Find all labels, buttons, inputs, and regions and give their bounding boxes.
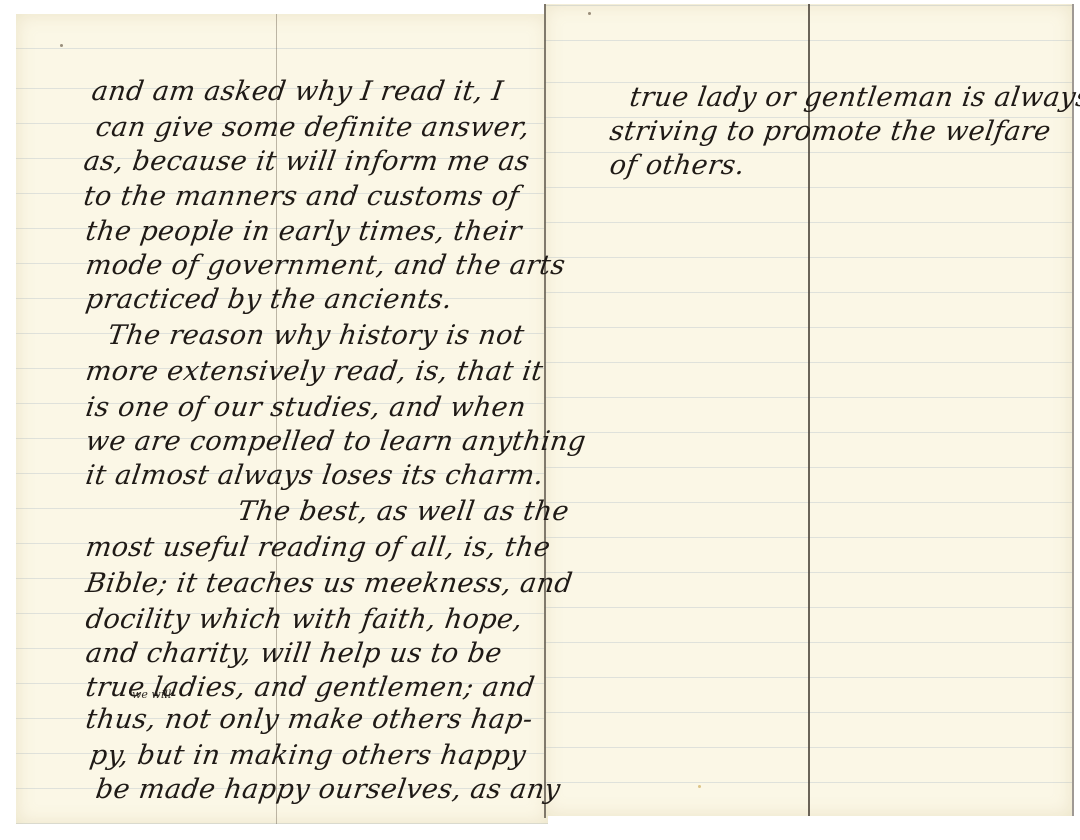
right-line-1: true lady or gentleman is always: [628, 84, 1080, 111]
left-line-2: can give some definite answer,: [94, 114, 531, 141]
paper-speck: [698, 785, 701, 788]
left-line-17: and charity, will help us to be: [84, 640, 504, 667]
left-line-19: thus, not only make others hap-: [84, 706, 534, 733]
left-line-4: to the manners and customs of: [82, 183, 521, 210]
left-line-14: most useful reading of all, is, the: [84, 534, 552, 561]
page-gutter-edge: [544, 4, 546, 818]
left-line-1: and am asked why I read it, I: [90, 78, 505, 105]
paper-speck: [60, 44, 63, 47]
left-line-21: be made happy ourselves, as any: [94, 776, 562, 803]
document-scan: and am asked why I read it, I can give s…: [0, 0, 1080, 840]
paper-speck: [588, 12, 591, 15]
left-line-9: more extensively read, is, that it: [84, 358, 545, 385]
right-line-2: striving to promote the welfare: [608, 118, 1052, 145]
left-line-15: Bible; it teaches us meekness, and: [84, 570, 574, 597]
left-line-3: as, because it will inform me as: [82, 148, 531, 175]
right-page-outer-edge: [1072, 4, 1074, 816]
left-line-16: docility which with faith, hope,: [84, 606, 524, 633]
left-line-7: practiced by the ancients.: [84, 286, 454, 313]
left-line-10: is one of our studies, and when: [84, 394, 528, 421]
left-line-11: we are compelled to learn anything: [84, 428, 588, 455]
left-line-20: py, but in making others happy: [88, 742, 528, 769]
left-line-8: The reason why history is not: [106, 322, 526, 349]
right-line-3: of others.: [608, 152, 746, 179]
left-line-12: it almost always loses its charm.: [84, 462, 545, 489]
left-line-13: The best, as well as the: [236, 498, 571, 525]
left-line-6: mode of government, and the arts: [84, 252, 567, 279]
left-line-5: the people in early times, their: [84, 218, 523, 245]
pencil-insertion-we-will: we will: [132, 688, 171, 701]
